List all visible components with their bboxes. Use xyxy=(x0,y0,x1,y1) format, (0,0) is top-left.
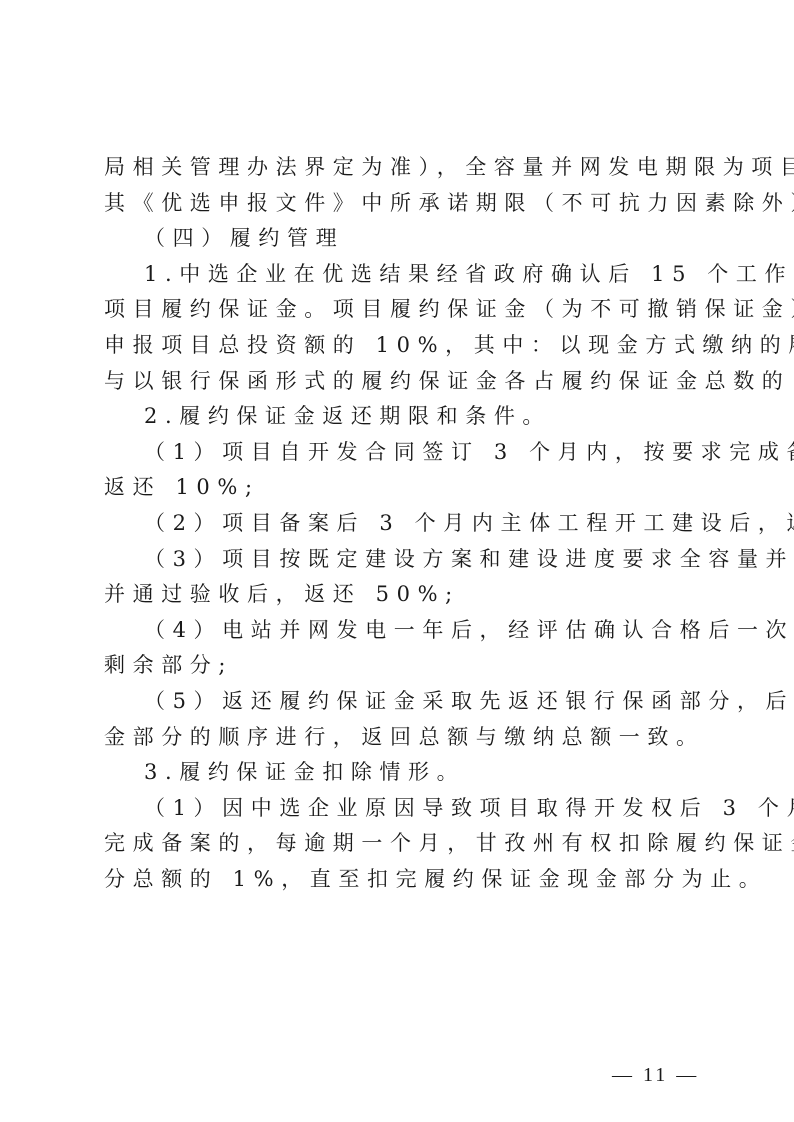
subsection-heading: 3.履约保证金扣除情形。 xyxy=(104,755,694,791)
text-line: 与以银行保函形式的履约保证金各占履约保证金总数的 50%。 xyxy=(104,364,694,400)
section-heading: （四）履约管理 xyxy=(104,221,694,257)
list-item: （4）电站并网发电一年后，经评估确认合格后一次性退还 xyxy=(104,613,694,649)
subsection-heading: 2.履约保证金返还期限和条件。 xyxy=(104,399,694,435)
text-line: 局相关管理办法界定为准），全容量并网发电期限为项目法人在 xyxy=(104,150,694,186)
paragraph-start: 1.中选企业在优选结果经省政府确认后 15 个工作日内缴纳 xyxy=(104,257,694,293)
text-line: 项目履约保证金。项目履约保证金（为不可撤销保证金）总额为 xyxy=(104,292,694,328)
text-line: 金部分的顺序进行，返回总额与缴纳总额一致。 xyxy=(104,720,694,756)
text-line: 返还 10%; xyxy=(104,470,694,506)
text-line: 并通过验收后，返还 50%; xyxy=(104,577,694,613)
list-item: （1）因中选企业原因导致项目取得开发权后 3 个月内没有 xyxy=(104,791,694,827)
text-line: 分总额的 1%，直至扣完履约保证金现金部分为止。 xyxy=(104,862,694,898)
text-line: 其《优选申报文件》中所承诺期限（不可抗力因素除外）。 xyxy=(104,186,694,222)
text-line: 剩余部分; xyxy=(104,648,694,684)
list-item: （3）项目按既定建设方案和建设进度要求全容量并网发电 xyxy=(104,542,694,578)
text-line: 完成备案的，每逾期一个月，甘孜州有权扣除履约保证金现金部 xyxy=(104,826,694,862)
list-item: （2）项目备案后 3 个月内主体工程开工建设后，返还 30%; xyxy=(104,506,694,542)
text-line: 申报项目总投资额的 10%，其中：以现金方式缴纳的履约保证金 xyxy=(104,328,694,364)
document-body: 局相关管理办法界定为准），全容量并网发电期限为项目法人在 其《优选申报文件》中所… xyxy=(104,150,694,897)
page-number: — 11 — xyxy=(612,1064,699,1087)
list-item: （1）项目自开发合同签订 3 个月内，按要求完成备案后， xyxy=(104,435,694,471)
list-item: （5）返还履约保证金采取先返还银行保函部分，后返还现 xyxy=(104,684,694,720)
